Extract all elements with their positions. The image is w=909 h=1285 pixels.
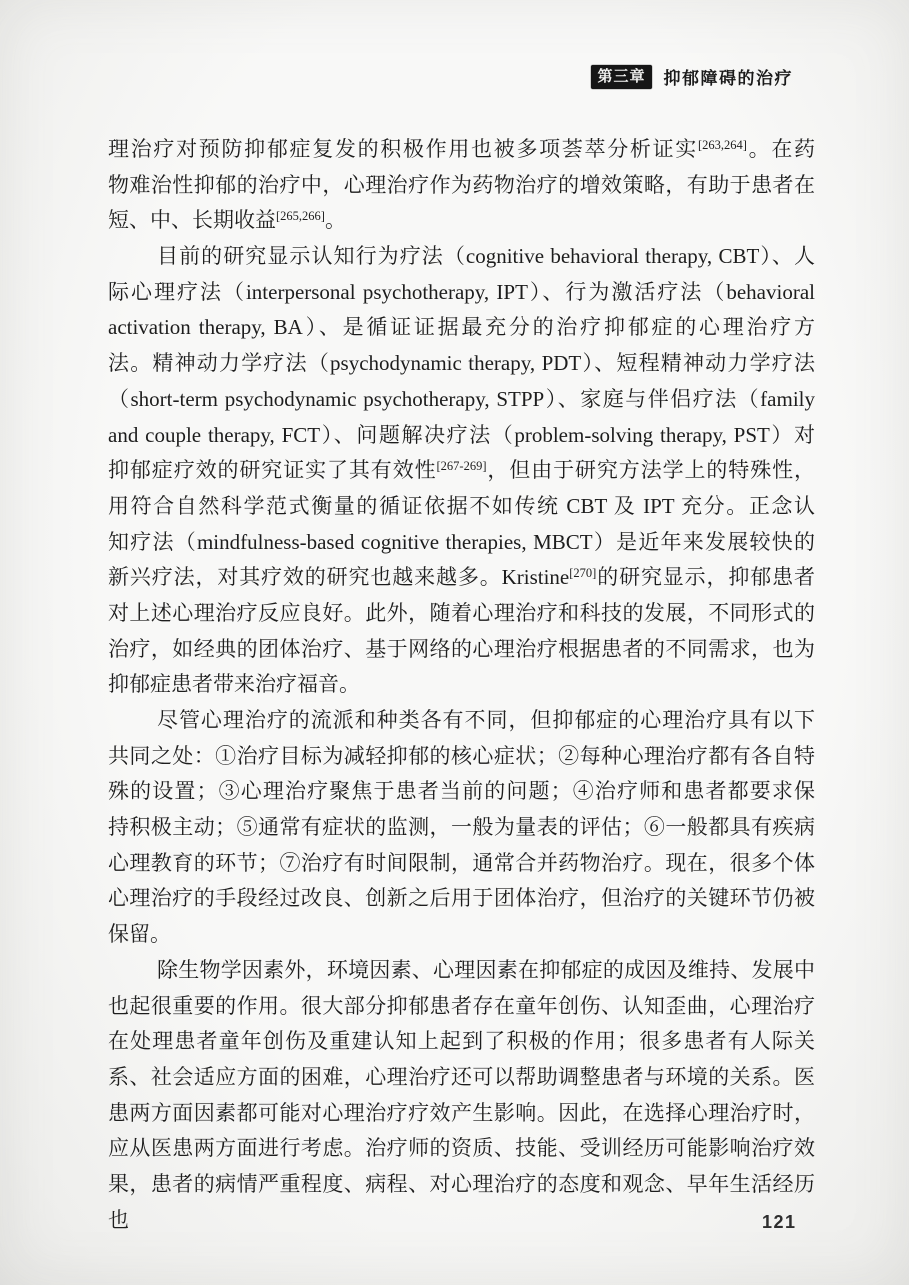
reference-superscript: [270] bbox=[569, 566, 596, 580]
text-line: 短、中、长期收益[265,266]。 bbox=[108, 203, 815, 239]
reference-superscript: [263,264] bbox=[698, 138, 747, 152]
chapter-title: 抑郁障碍的治疗 bbox=[664, 64, 794, 89]
text-line: （short-term psychodynamic psychotherapy,… bbox=[108, 382, 815, 418]
text-line: 对上述心理治疗反应良好。此外，随着心理治疗和科技的发展，不同形式的 bbox=[108, 596, 815, 632]
chapter-badge: 第三章 bbox=[591, 65, 651, 89]
text-line: 知疗法（mindfulness-based cognitive therapie… bbox=[108, 525, 815, 561]
text-line: 物难治性抑郁的治疗中，心理治疗作为药物治疗的增效策略，有助于患者在 bbox=[108, 168, 815, 204]
text-line: 在处理患者童年创伤及重建认知上起到了积极的作用；很多患者有人际关 bbox=[108, 1024, 815, 1060]
text-line: 果，患者的病情严重程度、病程、对心理治疗的态度和观念、早年生活经历也 bbox=[108, 1167, 815, 1203]
book-page: 第三章 抑郁障碍的治疗 理治疗对预防抑郁症复发的积极作用也被多项荟萃分析证实[2… bbox=[0, 0, 909, 1285]
text-line: 患两方面因素都可能对心理治疗疗效产生影响。因此，在选择心理治疗时， bbox=[108, 1096, 815, 1132]
text-line: 持积极主动；⑤通常有症状的监测，一般为量表的评估；⑥一般都具有疾病 bbox=[108, 810, 815, 846]
reference-superscript: [265,266] bbox=[276, 209, 325, 223]
text-line: 殊的设置；③心理治疗聚焦于患者当前的问题；④治疗师和患者都要求保 bbox=[108, 774, 815, 810]
text-line: 心理治疗的手段经过改良、创新之后用于团体治疗，但治疗的关键环节仍被 bbox=[108, 881, 815, 917]
text-line: activation therapy, BA）、是循证证据最充分的治疗抑郁症的心… bbox=[108, 310, 815, 346]
page-number: 121 bbox=[762, 1212, 797, 1233]
text-line: 抑郁症患者带来治疗福音。 bbox=[108, 667, 815, 703]
text-line: 系、社会适应方面的困难，心理治疗还可以帮助调整患者与环境的关系。医 bbox=[108, 1060, 815, 1096]
text-line: 目前的研究显示认知行为疗法（cognitive behavioral thera… bbox=[108, 239, 815, 275]
text-line: 法。精神动力学疗法（psychodynamic therapy, PDT）、短程… bbox=[108, 346, 815, 382]
text-line: 抑郁症疗效的研究证实了其有效性[267-269]，但由于研究方法学上的特殊性， bbox=[108, 453, 815, 489]
text-line: 尽管心理治疗的流派和种类各有不同，但抑郁症的心理治疗具有以下 bbox=[108, 703, 815, 739]
text-line: 用符合自然科学范式衡量的循证依据不如传统 CBT 及 IPT 充分。正念认 bbox=[108, 489, 815, 525]
reference-superscript: [267-269] bbox=[437, 459, 487, 473]
text-line: 理治疗对预防抑郁症复发的积极作用也被多项荟萃分析证实[263,264]。在药 bbox=[108, 132, 815, 168]
chapter-header: 第三章 抑郁障碍的治疗 bbox=[591, 64, 793, 89]
text-line: 新兴疗法，对其疗效的研究也越来越多。Kristine[270]的研究显示，抑郁患… bbox=[108, 560, 815, 596]
text-line: 保留。 bbox=[108, 917, 815, 953]
text-line: 除生物学因素外，环境因素、心理因素在抑郁症的成因及维持、发展中 bbox=[108, 953, 815, 989]
text-line: 共同之处：①治疗目标为减轻抑郁的核心症状；②每种心理治疗都有各自特 bbox=[108, 739, 815, 775]
text-line: 心理教育的环节；⑦治疗有时间限制，通常合并药物治疗。现在，很多个体 bbox=[108, 846, 815, 882]
text-line: and couple therapy, FCT）、问题解决疗法（problem-… bbox=[108, 418, 815, 454]
text-line: 也起很重要的作用。很大部分抑郁患者存在童年创伤、认知歪曲，心理治疗 bbox=[108, 989, 815, 1025]
document-body: 理治疗对预防抑郁症复发的积极作用也被多项荟萃分析证实[263,264]。在药物难… bbox=[108, 132, 815, 1203]
text-line: 治疗，如经典的团体治疗、基于网络的心理治疗根据患者的不同需求，也为 bbox=[108, 632, 815, 668]
text-line: 际心理疗法（interpersonal psychotherapy, IPT）、… bbox=[108, 275, 815, 311]
text-line: 应从医患两方面进行考虑。治疗师的资质、技能、受训经历可能影响治疗效 bbox=[108, 1131, 815, 1167]
